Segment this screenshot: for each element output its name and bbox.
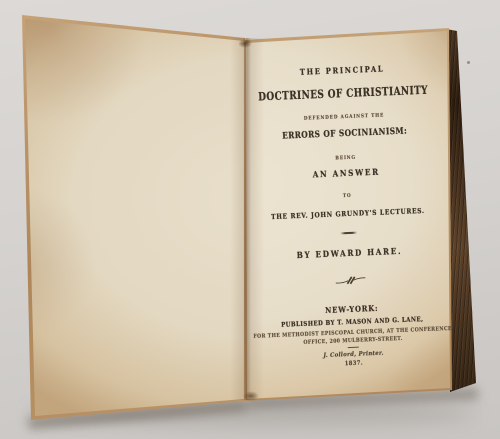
gutter-notch-top bbox=[238, 39, 252, 48]
year-line: 1837. bbox=[345, 361, 363, 368]
photo-open-antique-book: THE PRINCIPAL DOCTRINES OF CHRISTIANITY … bbox=[0, 0, 500, 439]
printer-line: J. Collord, Printer. bbox=[323, 351, 384, 359]
lectures-line: THE REV. JOHN GRUNDY'S LECTURES. bbox=[271, 207, 425, 220]
calligraphic-flourish-icon bbox=[334, 273, 367, 287]
imprint-line-2: OFFICE, 200 MULBERRY-STREET. bbox=[303, 336, 402, 345]
short-rule bbox=[348, 346, 359, 347]
dust-speck bbox=[467, 61, 470, 64]
answer-line: AN ANSWER bbox=[313, 169, 380, 180]
swelled-rule bbox=[340, 232, 357, 235]
connector-being: BEING bbox=[335, 156, 356, 162]
byline: BY EDWARD HARE. bbox=[297, 248, 403, 261]
gutter-notch-bottom bbox=[243, 391, 259, 401]
city-line: NEW-YORK: bbox=[325, 304, 379, 314]
main-title: DOCTRINES OF CHRISTIANITY bbox=[258, 85, 428, 103]
title-page-text: THE PRINCIPAL DOCTRINES OF CHRISTIANITY … bbox=[249, 54, 448, 377]
subtitle-small-line: DEFENDED AGAINST THE bbox=[304, 113, 385, 121]
subtitle-line: ERRORS OF SOCINIANISM: bbox=[282, 128, 407, 142]
connector-to: TO bbox=[343, 194, 352, 199]
kicker-line: THE PRINCIPAL bbox=[300, 64, 385, 75]
